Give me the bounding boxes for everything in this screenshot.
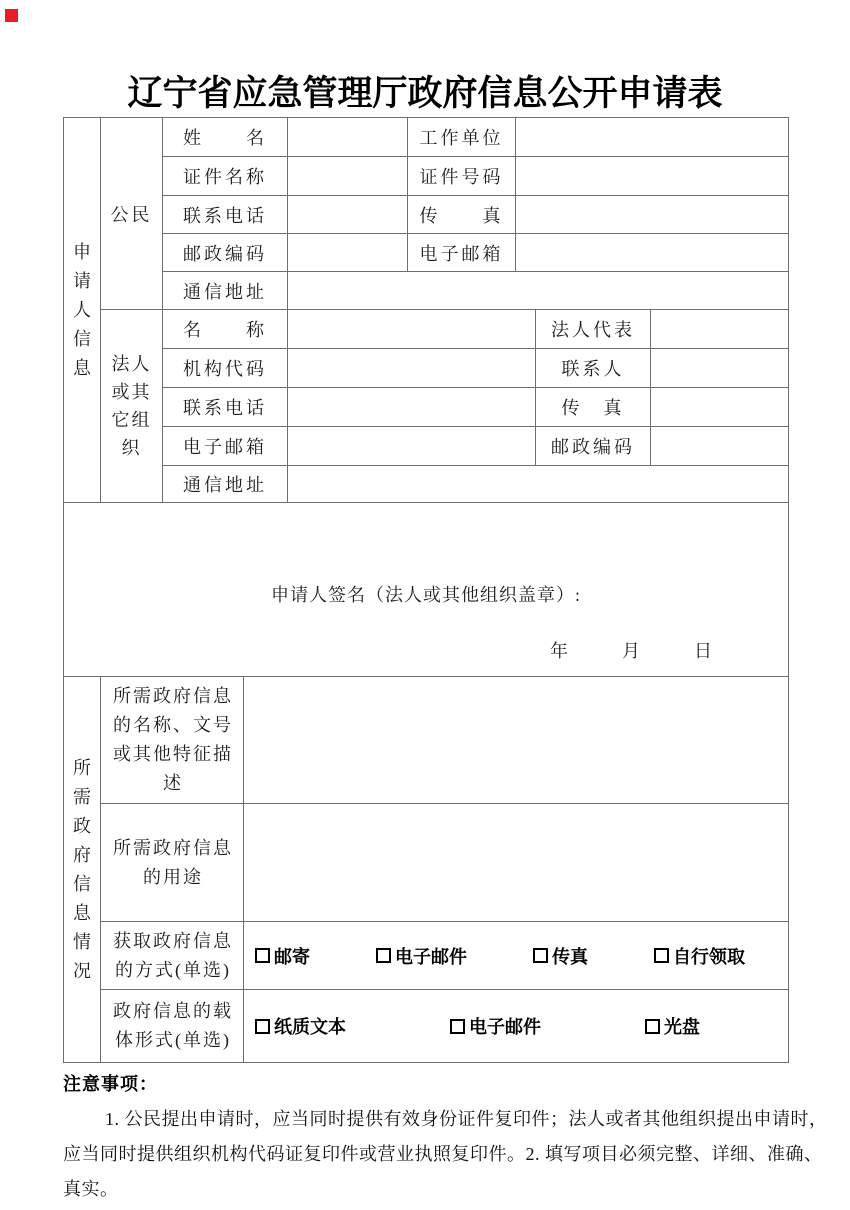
option-paper[interactable]: 纸质文本 <box>255 1013 346 1039</box>
checkbox-icon[interactable] <box>255 948 270 963</box>
signature-cell[interactable]: 申请人签名（法人或其他组织盖章）: 年 月 日 <box>64 503 789 677</box>
legal-email-label: 电子邮箱 <box>163 427 288 466</box>
day-label: 日 <box>694 637 712 663</box>
table-row: 所需政府信息的用途 <box>64 804 789 922</box>
page-title: 辽宁省应急管理厅政府信息公开申请表 <box>0 66 850 116</box>
carrier-options-cell: 纸质文本 电子邮件 光盘 <box>244 990 789 1063</box>
info-description-field[interactable] <box>244 677 789 804</box>
info-carrier-label: 政府信息的载体形式(单选) <box>101 990 244 1063</box>
citizen-idnumber-field[interactable] <box>516 157 789 196</box>
citizen-idtype-field[interactable] <box>288 157 408 196</box>
citizen-phone-field[interactable] <box>288 196 408 234</box>
table-row: 获取政府信息的方式(单选) 邮寄 电子邮件 传真 自行领取 <box>64 922 789 990</box>
table-row: 机构代码 联系人 <box>64 349 789 388</box>
legal-zipcode-field[interactable] <box>651 427 789 466</box>
checkbox-icon[interactable] <box>450 1019 465 1034</box>
legal-phone-label: 联系电话 <box>163 388 288 427</box>
table-row: 证件名称 证件号码 <box>64 157 789 196</box>
table-row: 申请人签名（法人或其他组织盖章）: 年 月 日 <box>64 503 789 677</box>
legal-email-field[interactable] <box>288 427 536 466</box>
legal-representative-field[interactable] <box>651 310 789 349</box>
legal-group-header: 法人或其它组织 <box>101 310 163 503</box>
legal-zipcode-label: 邮政编码 <box>536 427 651 466</box>
legal-address-field[interactable] <box>288 466 789 503</box>
citizen-idtype-label: 证件名称 <box>163 157 288 196</box>
notes-line-2: 应当同时提供组织机构代码证复印件或营业执照复印件。2. 填写项目必须完整、详细、… <box>63 1137 790 1172</box>
legal-name-label: 名 称 <box>163 310 288 349</box>
citizen-zipcode-label: 邮政编码 <box>163 234 288 272</box>
form-document-page: 辽宁省应急管理厅政府信息公开申请表 申请人信息 公民 姓 名 工作单位 证件名称… <box>0 0 850 1210</box>
checkbox-icon[interactable] <box>376 948 391 963</box>
table-row: 所需政府信息情况 所需政府信息的名称、文号或其他特征描述 <box>64 677 789 804</box>
checkbox-icon[interactable] <box>645 1019 660 1034</box>
red-marker-icon <box>5 9 18 22</box>
citizen-address-field[interactable] <box>288 272 789 310</box>
table-row: 电子邮箱 邮政编码 <box>64 427 789 466</box>
year-label: 年 <box>550 637 568 663</box>
citizen-zipcode-field[interactable] <box>288 234 408 272</box>
carrier-options: 纸质文本 电子邮件 光盘 <box>244 1013 788 1039</box>
table-row: 申请人信息 公民 姓 名 工作单位 <box>64 118 789 157</box>
applicant-section-header: 申请人信息 <box>64 118 101 503</box>
checkbox-icon[interactable] <box>654 948 669 963</box>
citizen-name-label: 姓 名 <box>163 118 288 157</box>
table-row: 政府信息的载体形式(单选) 纸质文本 电子邮件 光盘 <box>64 990 789 1063</box>
citizen-address-label: 通信地址 <box>163 272 288 310</box>
table-row: 通信地址 <box>64 466 789 503</box>
citizen-phone-label: 联系电话 <box>163 196 288 234</box>
citizen-group-header: 公民 <box>101 118 163 310</box>
option-label: 邮寄 <box>274 943 310 969</box>
info-purpose-field[interactable] <box>244 804 789 922</box>
method-options: 邮寄 电子邮件 传真 自行领取 <box>244 943 788 969</box>
signature-label: 申请人签名（法人或其他组织盖章）: <box>271 585 581 605</box>
notes-line-3: 真实。 <box>63 1172 790 1207</box>
legal-fax-label: 传 真 <box>536 388 651 427</box>
table-row: 联系电话 传 真 <box>64 388 789 427</box>
info-description-label: 所需政府信息的名称、文号或其他特征描述 <box>101 677 244 804</box>
citizen-name-field[interactable] <box>288 118 408 157</box>
legal-orgcode-label: 机构代码 <box>163 349 288 388</box>
legal-phone-field[interactable] <box>288 388 536 427</box>
citizen-email-field[interactable] <box>516 234 789 272</box>
info-purpose-label: 所需政府信息的用途 <box>101 804 244 922</box>
option-cd[interactable]: 光盘 <box>645 1013 700 1039</box>
option-label: 传真 <box>552 943 588 969</box>
legal-contact-label: 联系人 <box>536 349 651 388</box>
method-options-cell: 邮寄 电子邮件 传真 自行领取 <box>244 922 789 990</box>
citizen-idnumber-label: 证件号码 <box>408 157 516 196</box>
option-label: 光盘 <box>664 1013 700 1039</box>
legal-orgcode-field[interactable] <box>288 349 536 388</box>
option-email-carrier[interactable]: 电子邮件 <box>450 1013 541 1039</box>
option-fax[interactable]: 传真 <box>533 943 588 969</box>
checkbox-icon[interactable] <box>255 1019 270 1034</box>
citizen-workunit-field[interactable] <box>516 118 789 157</box>
option-label: 电子邮件 <box>469 1013 541 1039</box>
table-row: 通信地址 <box>64 272 789 310</box>
citizen-workunit-label: 工作单位 <box>408 118 516 157</box>
table-row: 联系电话 传 真 <box>64 196 789 234</box>
legal-contact-field[interactable] <box>651 349 789 388</box>
checkbox-icon[interactable] <box>533 948 548 963</box>
application-form-table: 申请人信息 公民 姓 名 工作单位 证件名称 证件号码 联系电话 传 真 邮政编… <box>63 117 789 1063</box>
option-mail[interactable]: 邮寄 <box>255 943 310 969</box>
table-row: 法人或其它组织 名 称 法人代表 <box>64 310 789 349</box>
citizen-fax-field[interactable] <box>516 196 789 234</box>
legal-fax-field[interactable] <box>651 388 789 427</box>
option-email[interactable]: 电子邮件 <box>376 943 467 969</box>
citizen-email-label: 电子邮箱 <box>408 234 516 272</box>
legal-representative-label: 法人代表 <box>536 310 651 349</box>
info-section-header: 所需政府信息情况 <box>64 677 101 1063</box>
option-label: 纸质文本 <box>274 1013 346 1039</box>
notes-line-1: 1. 公民提出申请时，应当同时提供有效身份证件复印件；法人或者其他组织提出申请时… <box>63 1102 790 1137</box>
table-row: 邮政编码 电子邮箱 <box>64 234 789 272</box>
legal-name-field[interactable] <box>288 310 536 349</box>
option-self-pickup[interactable]: 自行领取 <box>654 943 745 969</box>
info-method-label: 获取政府信息的方式(单选) <box>101 922 244 990</box>
notes-section: 注意事项： 1. 公民提出申请时，应当同时提供有效身份证件复印件；法人或者其他组… <box>63 1070 790 1207</box>
month-label: 月 <box>622 637 640 663</box>
option-label: 自行领取 <box>673 943 745 969</box>
option-label: 电子邮件 <box>395 943 467 969</box>
citizen-fax-label: 传 真 <box>408 196 516 234</box>
notes-heading: 注意事项： <box>63 1070 790 1096</box>
date-line: 年 月 日 <box>550 637 788 663</box>
legal-address-label: 通信地址 <box>163 466 288 503</box>
